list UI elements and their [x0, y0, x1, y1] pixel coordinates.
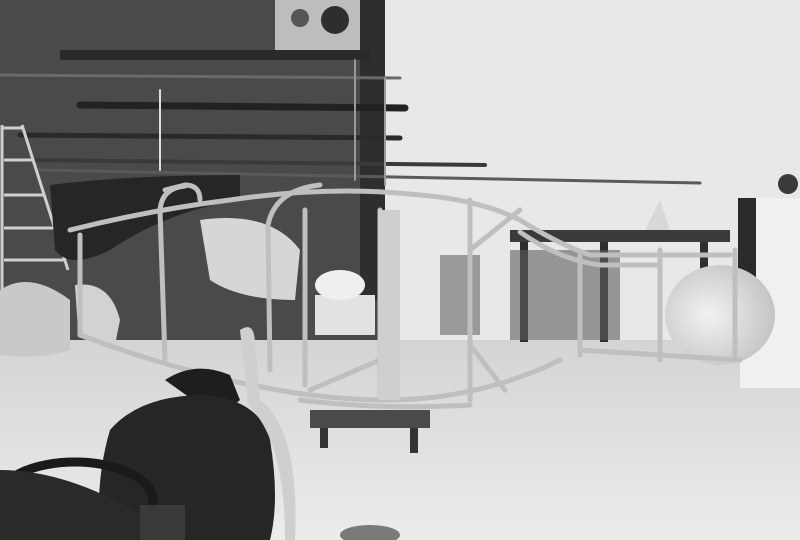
workshop-photo: Workshop interior with a tubular space-f… [0, 0, 800, 540]
film-grain [0, 0, 800, 540]
photo-canvas [0, 0, 800, 540]
